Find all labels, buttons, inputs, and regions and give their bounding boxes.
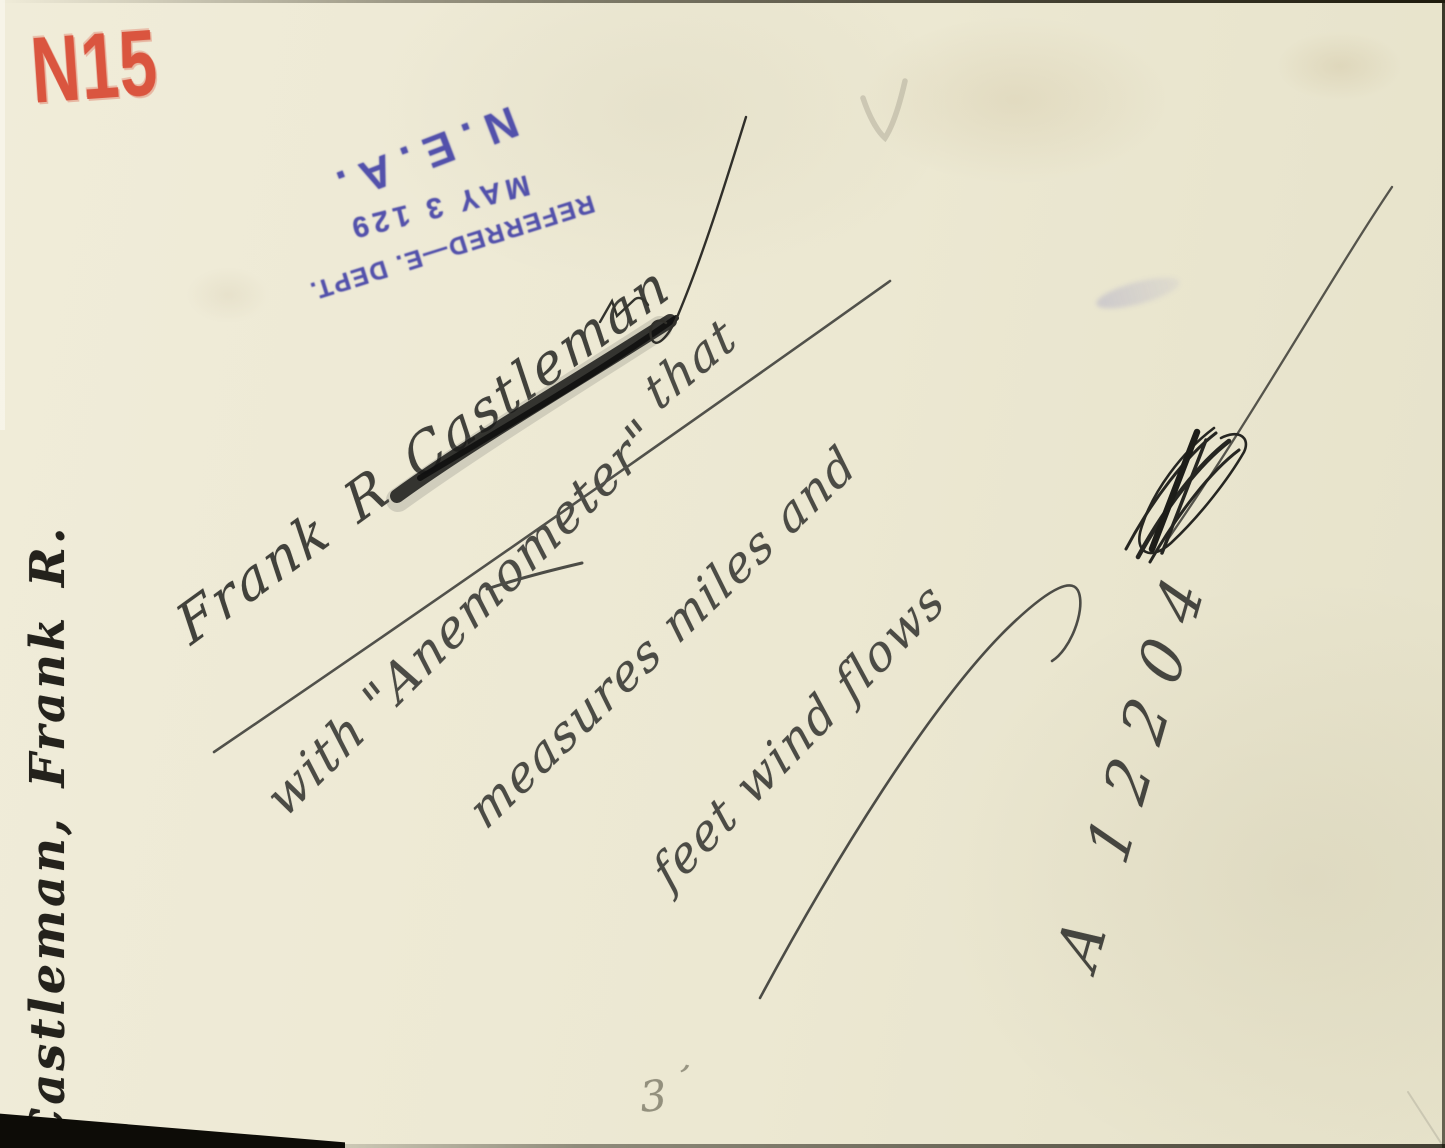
scribble-stroke-2 — [1138, 441, 1229, 557]
red-crayon-number: N15 — [28, 15, 161, 118]
scribble-slash-2 — [1162, 440, 1206, 553]
caption-instrument-line: with "Anemometer" — [255, 405, 669, 830]
caption-measures-line: measures miles and — [458, 433, 869, 843]
faint-check-smudge — [863, 81, 905, 138]
corner-scratch — [1408, 1092, 1443, 1146]
page-mark-tick: ʼ — [672, 1061, 693, 1097]
scribble-stroke-3 — [1150, 450, 1239, 562]
nea-date-stamp: REFERRED—E. DEPT. MAY 3 129 N.E.A. — [255, 80, 615, 313]
top-edge-shadow — [0, 0, 1445, 3]
scribble-heavy-slash — [1152, 432, 1197, 549]
left-edge-highlight — [0, 0, 5, 430]
photo-verso-paper: Frank R Castleman that with "Anemometer"… — [0, 0, 1445, 1148]
blue-ink-smear — [1094, 271, 1183, 315]
archive-number: A 12204 — [1044, 546, 1225, 980]
page-mark: 3 — [638, 1073, 671, 1120]
top-right-curve — [1166, 187, 1392, 542]
scribble-stroke-1 — [1126, 433, 1216, 549]
margin-filing-name: Castleman, Frank R. — [16, 524, 80, 1146]
scribble-loop — [1139, 428, 1246, 553]
